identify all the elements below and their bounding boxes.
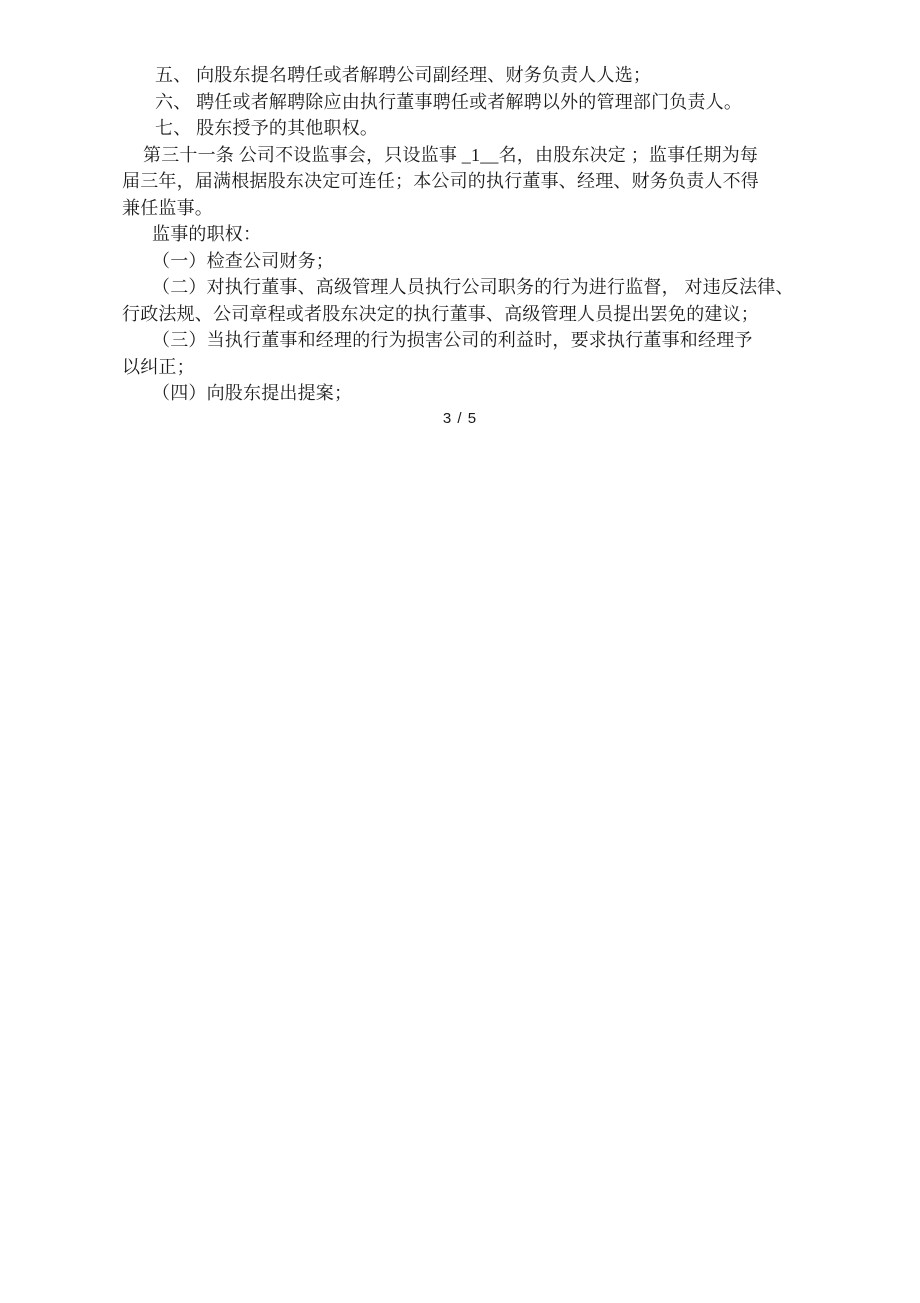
doc-line-power-3: （三）当执行董事和经理的行为损害公司的利益时，要求执行董事和经理予	[122, 327, 862, 354]
document-page: 五、 向股东提名聘任或者解聘公司副经理、财务负责人人选； 六、 聘任或者解聘除应…	[0, 0, 920, 1303]
doc-line-article-31-cont: 届三年，届满根据股东决定可连任；本公司的执行董事、经理、财务负责人不得	[122, 168, 862, 195]
doc-line-article-31-cont2: 兼任监事。	[122, 195, 862, 222]
page-number: 3 / 5	[0, 410, 920, 427]
doc-line-power-2: （二）对执行董事、高级管理人员执行公司职务的行为进行监督， 对违反法律、	[122, 274, 862, 301]
doc-line-power-2-cont: 行政法规、公司章程或者股东决定的执行董事、高级管理人员提出罢免的建议；	[122, 301, 862, 328]
doc-line-article-31: 第三十一条 公司不设监事会，只设监事 _1__名，由股东决定 ；监事任期为每	[122, 142, 862, 169]
doc-line-power-4: （四）向股东提出提案；	[122, 380, 862, 407]
doc-line-item-7: 七、 股东授予的其他职权。	[122, 115, 862, 142]
doc-line-power-3-cont: 以纠正；	[122, 354, 862, 381]
document-body: 五、 向股东提名聘任或者解聘公司副经理、财务负责人人选； 六、 聘任或者解聘除应…	[122, 62, 862, 407]
doc-line-power-1: （一）检查公司财务；	[122, 248, 862, 275]
doc-line-supervisor-powers-heading: 监事的职权：	[122, 221, 862, 248]
doc-line-item-6: 六、 聘任或者解聘除应由执行董事聘任或者解聘以外的管理部门负责人。	[122, 89, 862, 116]
doc-line-item-5: 五、 向股东提名聘任或者解聘公司副经理、财务负责人人选；	[122, 62, 862, 89]
